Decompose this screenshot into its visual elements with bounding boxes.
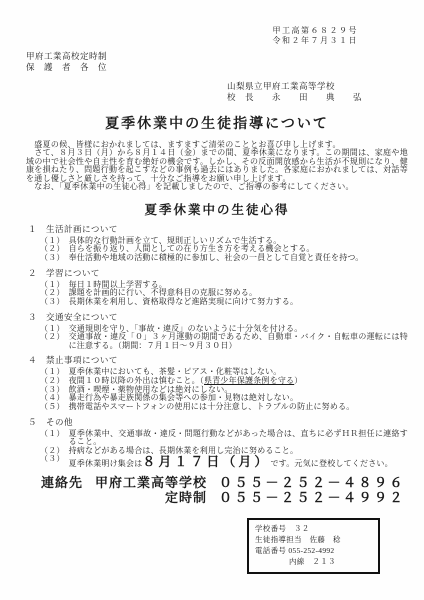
section-traffic-safety: ３ 交通安全について （１） 交通規則を守り、「事故・違反」のないように十分気を… xyxy=(26,312,408,351)
document-number-block: 甲工高第６８２９号 令和２年７月３１日 xyxy=(273,26,359,46)
section-title: 生活計画について xyxy=(46,224,118,234)
body-paragraph: さて、８月３日（月）から８月１４日（金）までの間、夏季休業になります。この期間は… xyxy=(26,149,408,183)
section-heading: ５ その他 xyxy=(26,417,408,427)
section-heading: １ 生活計画について xyxy=(26,224,408,234)
contact-parttime-phone: ０５５－２５２－４９９２ xyxy=(219,491,405,506)
item-text: 夏季休業明け集会は８月１７日（月）です。元気に登校してください。 xyxy=(69,455,408,469)
section-title: その他 xyxy=(46,417,73,427)
section-life-plan: １ 生活計画について （１） 具体的な行動計画を立て、規則正しいリズムで生活する… xyxy=(26,224,408,263)
underlined-ordinance-text: 県青少年保護条例を守る xyxy=(204,376,294,385)
section-number: ３ xyxy=(28,312,38,322)
contact-block: 連絡先 甲府工業高等学校 ０５５－２５２－４８９６ 定時制 ０５５－２５２－４９… xyxy=(29,476,405,506)
item-label: （３） xyxy=(40,298,65,307)
item-text-post: ） xyxy=(294,376,302,385)
section-number: ４ xyxy=(28,355,38,365)
section-heading: ３ 交通安全について xyxy=(26,312,408,322)
item-text-pre: 夏季休業明け集会は xyxy=(69,459,143,468)
addressee-guardians: 保 護 者 各 位 xyxy=(26,62,408,73)
list-item: （１） 夏季休業中、交通事故・違反・問題行動などがあった場合は、直ちに必ずＨＲ担… xyxy=(40,430,408,447)
list-item: （５） 携帯電話やスマートフォンの使用には十分注意し、トラブルの防止に努める。 xyxy=(40,403,408,412)
section-number: ５ xyxy=(28,417,38,427)
school-info-box: 学校番号 ３２ 生徒指導担当 佐藤 稔 電話番号 055-252-4992 内線… xyxy=(247,518,380,575)
list-item: （３） 長期休業を利用し、資格取得など進路実現に向けて努力する。 xyxy=(40,298,408,307)
sender-block: 山梨県立甲府工業高等学校 校 長 永 田 典 弘 xyxy=(227,81,362,102)
contact-row-school: 連絡先 甲府工業高等学校 ０５５－２５２－４８９６ xyxy=(29,476,405,491)
page-title: 夏季休業中の生徒指導について xyxy=(26,113,408,133)
item-text: 夏季休業中、交通事故・違反・問題行動などがあった場合は、直ちに必ずＨＲ担任に連絡… xyxy=(69,430,408,447)
sender-school: 山梨県立甲府工業高等学校 xyxy=(227,81,362,92)
item-text-post: です。元気に登校してください。 xyxy=(270,459,392,468)
item-label: （２） xyxy=(40,333,65,350)
rules-subtitle: 夏季休業中の生徒心得 xyxy=(26,200,408,218)
contact-label: 連絡先 xyxy=(41,476,83,491)
section-prohibitions: ４ 禁止事項について （１） 夏季休業中においても、茶髪・ピアス・化粧等はしない… xyxy=(26,355,408,411)
sender-principal: 校 長 永 田 典 弘 xyxy=(227,92,362,103)
contact-parttime-name: 定時制 xyxy=(165,491,207,506)
contact-school-phone: ０５５－２５２－４８９６ xyxy=(219,476,405,491)
contact-row-parttime: 定時制 ０５５－２５２－４９９２ xyxy=(29,491,405,506)
list-item: （３） 夏季休業明け集会は８月１７日（月）です。元気に登校してください。 xyxy=(40,455,408,469)
item-text: 長期休業を利用し、資格取得など進路実現に向けて努力する。 xyxy=(69,298,408,307)
info-phone: 電話番号 055-252-4992 xyxy=(255,546,373,557)
item-text-pre: 夜間１０時以降の外出は慎むこと。（ xyxy=(69,376,204,385)
section-number: ２ xyxy=(28,268,38,278)
item-label: （５） xyxy=(40,403,65,412)
extension-number: 内線 ２１３ xyxy=(289,557,373,568)
reopening-date: ８月１７日（月） xyxy=(142,454,270,469)
document-date: 令和２年７月３１日 xyxy=(273,36,359,46)
item-text: 交通事故・違反「０」３ヶ月運動の期間であるため、自動車・バイク・自転車の運転には… xyxy=(69,333,408,350)
contact-school-name: 甲府工業高等学校 xyxy=(95,476,207,491)
list-item: （２） 交通事故・違反「０」３ヶ月運動の期間であるため、自動車・バイク・自転車の… xyxy=(40,333,408,350)
item-text: 携帯電話やスマートフォンの使用には十分注意し、トラブルの防止に努める。 xyxy=(69,403,408,412)
item-text: 奉仕活動や地域の活動に積極的に参加し、社会の一員として自覚と責任を持つ。 xyxy=(69,254,408,263)
school-number: 学校番号 ３２ xyxy=(255,524,373,535)
document-page: 甲工高第６８２９号 令和２年７月３１日 甲府工業高校定時制 保 護 者 各 位 … xyxy=(0,0,424,600)
section-heading: ２ 学習について xyxy=(26,268,408,278)
body-text: 盛夏の候、皆様におかれましては、ますますご清栄のこととお喜び申し上げます。 さて… xyxy=(26,141,408,192)
section-title: 学習について xyxy=(46,268,100,278)
section-heading: ４ 禁止事項について xyxy=(26,355,408,365)
document-number: 甲工高第６８２９号 xyxy=(273,26,359,36)
section-title: 禁止事項について xyxy=(46,355,118,365)
section-number: １ xyxy=(28,224,38,234)
section-study: ２ 学習について （１） 毎日１時間以上学習する。 （２） 課題を計画的に行い、… xyxy=(26,268,408,307)
addressee-school: 甲府工業高校定時制 xyxy=(26,51,408,62)
guidance-staff: 生徒指導担当 佐藤 稔 xyxy=(255,535,373,546)
item-label: （３） xyxy=(40,254,65,263)
body-paragraph: なお、「夏季休業中の生徒心得」を記載しましたので、ご指導の参考にしてください。 xyxy=(26,183,408,191)
section-title: 交通安全について xyxy=(46,312,118,322)
addressee-block: 甲府工業高校定時制 保 護 者 各 位 xyxy=(26,51,408,72)
list-item: （３） 奉仕活動や地域の活動に積極的に参加し、社会の一員として自覚と責任を持つ。 xyxy=(40,254,408,263)
item-label: （１） xyxy=(40,430,65,447)
section-other: ５ その他 （１） 夏季休業中、交通事故・違反・問題行動などがあった場合は、直ち… xyxy=(26,417,408,470)
item-label: （３） xyxy=(40,455,65,469)
